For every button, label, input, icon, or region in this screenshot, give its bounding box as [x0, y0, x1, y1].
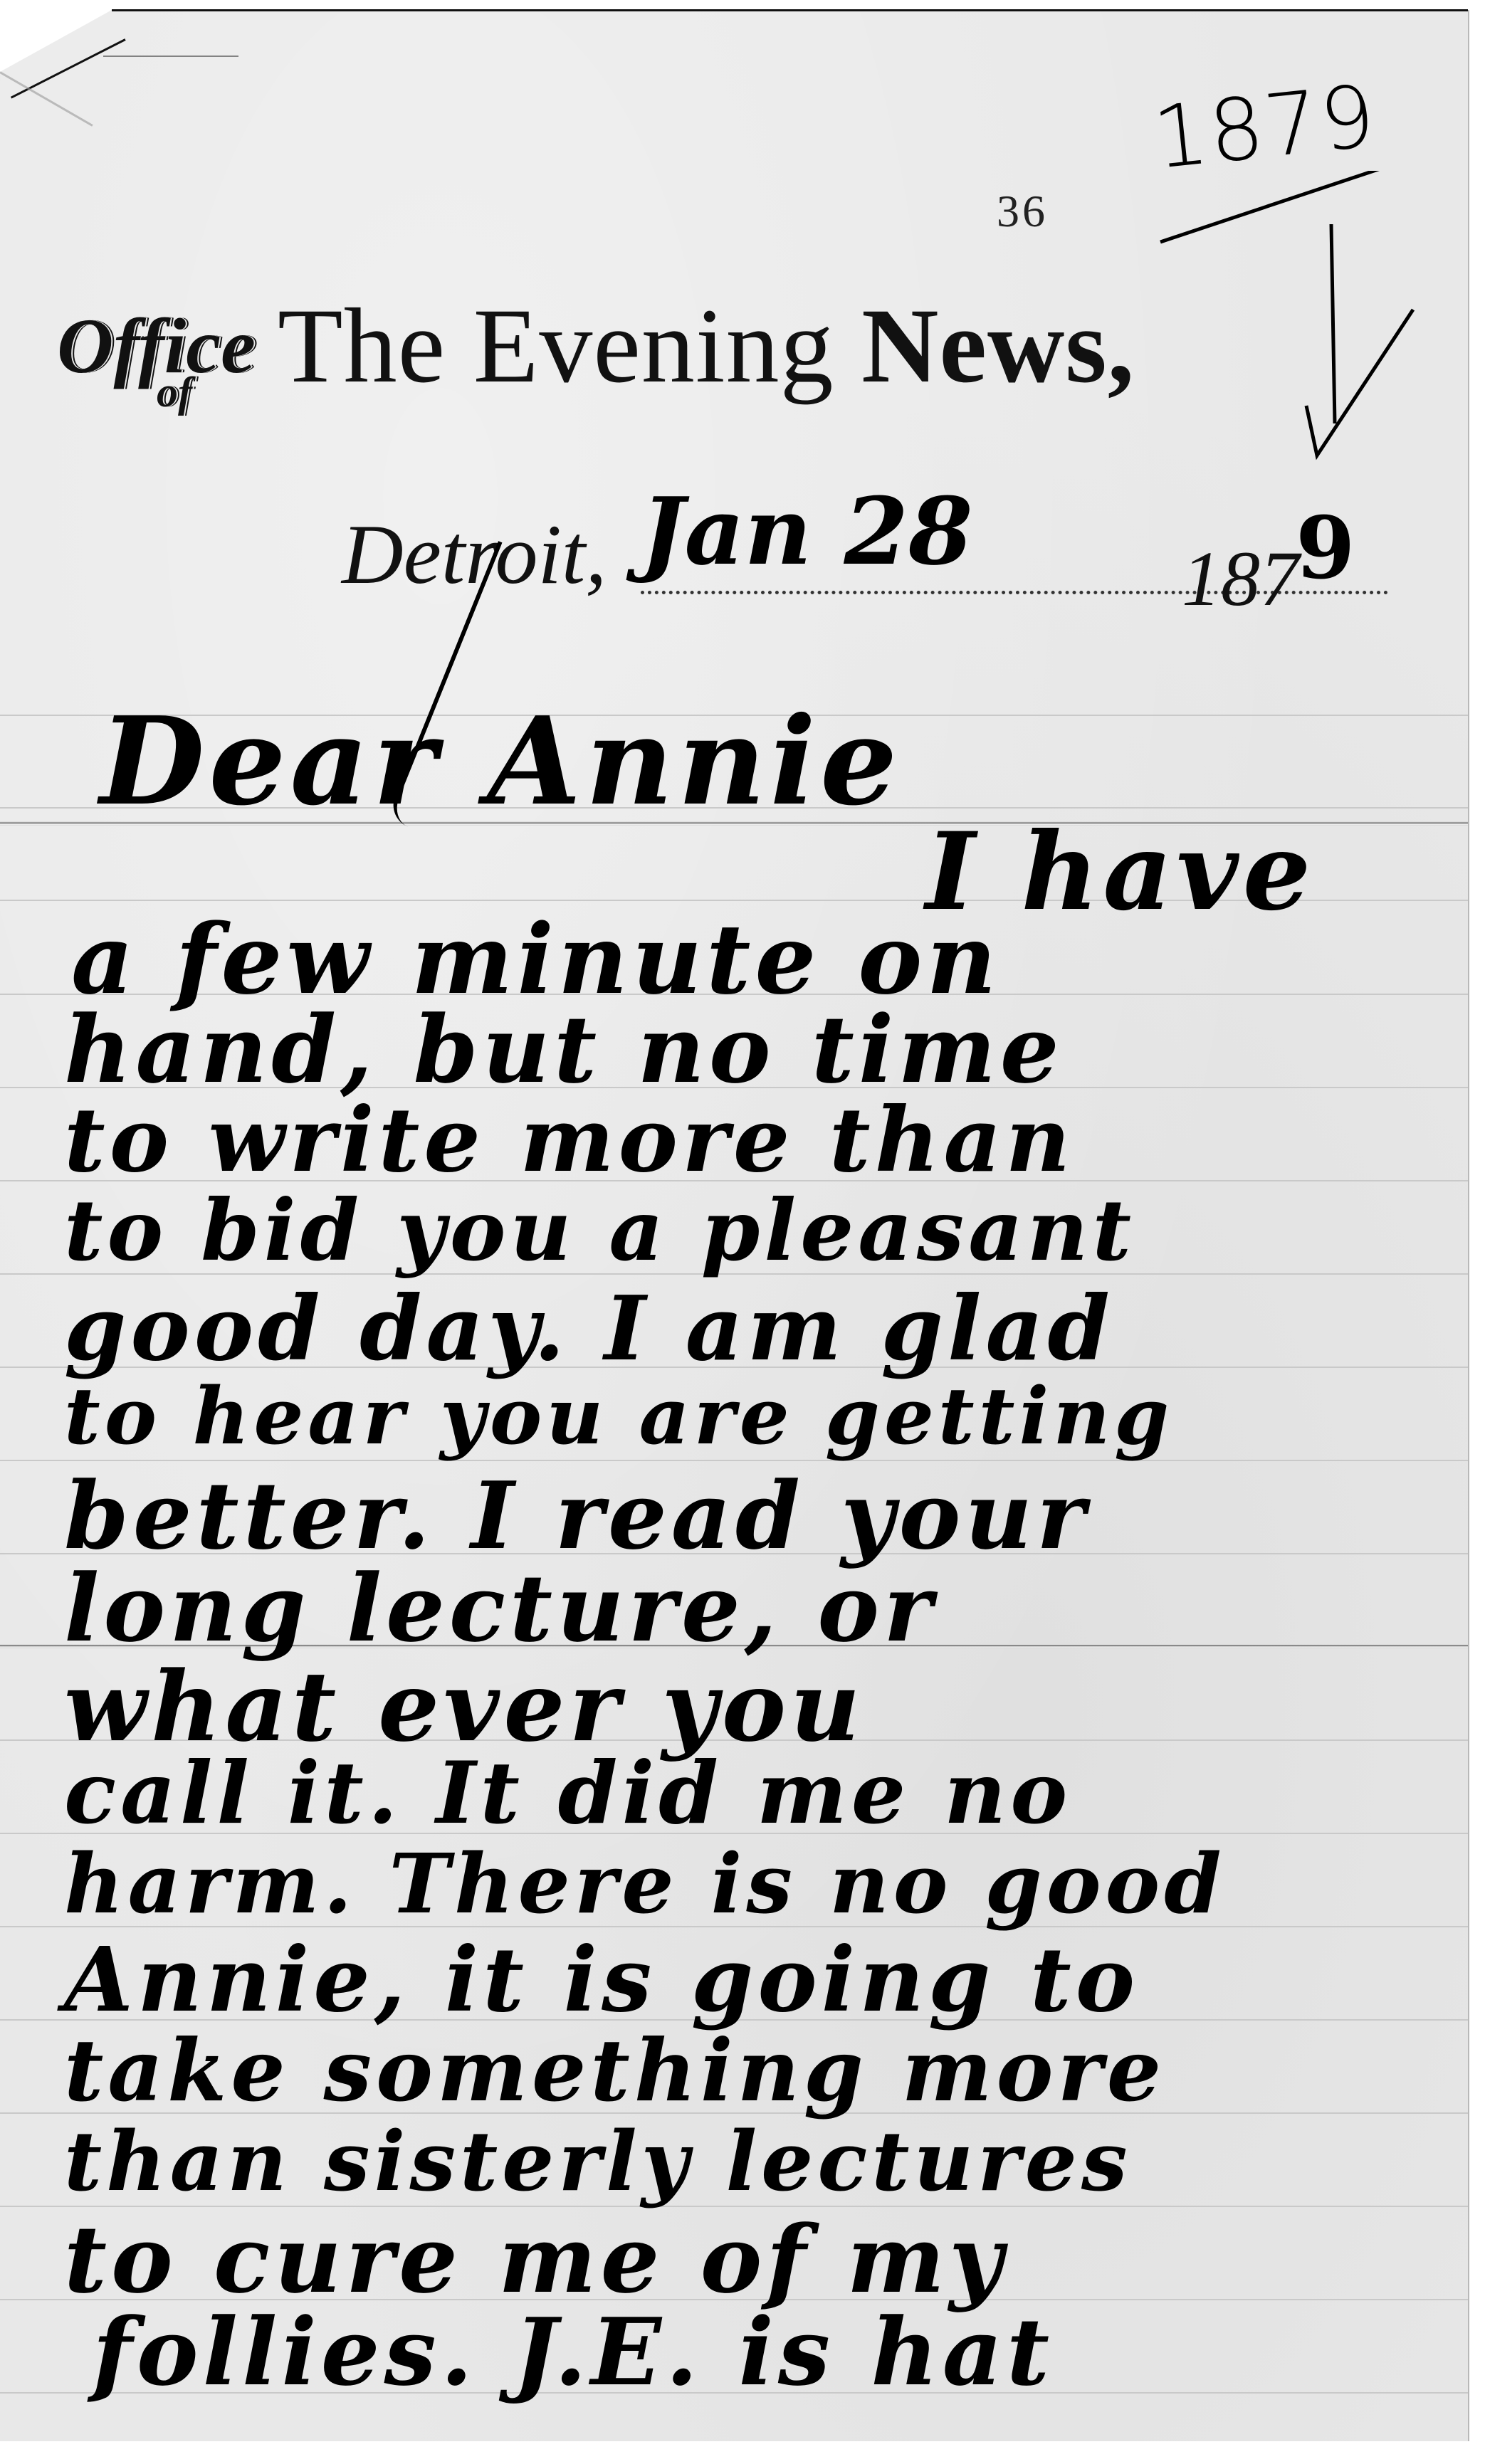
staple-mark — [103, 56, 238, 60]
dateline-handwritten-date: Jan 28 — [641, 477, 972, 586]
newspaper-name-part2: News, — [861, 287, 1135, 405]
paper-top-edge — [112, 9, 1468, 11]
newspaper-name: The Evening News, — [278, 285, 1135, 407]
archive-number: 36 — [997, 185, 1048, 238]
body-line: better. I read your — [64, 1470, 1089, 1562]
body-line: good day. I am glad — [64, 1285, 1114, 1374]
body-line: what ever you — [64, 1658, 864, 1754]
dateline-year-printed: 187 — [1182, 534, 1299, 624]
body-line: Annie, it is going to — [64, 1936, 1139, 2025]
archive-bracket-checkmark — [1153, 171, 1424, 470]
body-line: than sisterly lectures — [64, 2121, 1132, 2203]
body-line: a few minute on — [71, 911, 1001, 1007]
of-word: of — [157, 371, 192, 414]
salutation: Dear Annie — [100, 701, 901, 822]
body-line: to cure me of my — [64, 2213, 1007, 2306]
body-line: follies. J.E. is hat — [93, 2306, 1054, 2399]
body-line: to write more than — [64, 1096, 1074, 1185]
body-line: to hear you are getting — [64, 1377, 1173, 1455]
dateline-year-digit-handwritten: 9 — [1296, 498, 1355, 599]
body-line: take something more — [64, 2028, 1165, 2114]
letterhead: Office of The Evening News, — [57, 285, 1135, 407]
office-of-logo: Office of — [57, 307, 271, 385]
body-line: call it. It did me no — [64, 1751, 1071, 1836]
body-line: to bid you a pleasant — [64, 1189, 1135, 1273]
newspaper-name-part1: The Evening — [278, 287, 861, 405]
body-line: long lecture, or — [64, 1562, 937, 1655]
body-line: harm. There is no good — [64, 1843, 1226, 1925]
body-line: hand, but no time — [64, 1004, 1064, 1096]
dateline-city: Detroit, — [342, 505, 607, 604]
